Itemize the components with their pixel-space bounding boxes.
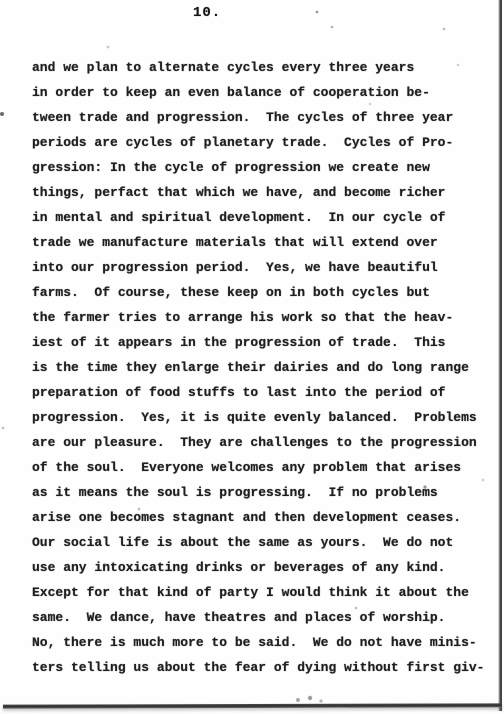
text-line: preparation of food stuffs to last into … <box>32 380 492 405</box>
scan-edge-bottom <box>3 703 502 708</box>
text-line: in order to keep an even balance of coop… <box>32 80 492 105</box>
text-line: is the time they enlarge their dairies a… <box>32 355 492 380</box>
text-line: arise one becomes stagnant and then deve… <box>32 505 492 530</box>
text-line: and we plan to alternate cycles every th… <box>32 55 492 80</box>
text-line: gression: In the cycle of progression we… <box>32 155 492 180</box>
text-line: same. We dance, have theatres and places… <box>32 605 492 630</box>
text-line: trade we manufacture materials that will… <box>32 230 492 255</box>
text-line: are our pleasure. They are challenges to… <box>32 430 492 455</box>
text-line: Our social life is about the same as you… <box>32 530 492 555</box>
text-line: Except for that kind of party I would th… <box>32 580 492 605</box>
scanned-document-page: 10. and we plan to alternate cycles ever… <box>0 0 504 714</box>
text-line: of the soul. Everyone welcomes any probl… <box>32 455 492 480</box>
scan-noise-specks <box>0 0 2 2</box>
text-line: ters telling us about the fear of dying … <box>32 655 492 680</box>
text-line: in mental and spiritual development. In … <box>32 205 492 230</box>
text-line: No, there is much more to be said. We do… <box>32 630 492 655</box>
text-line: things, perfact that which we have, and … <box>32 180 492 205</box>
text-line: periods are cycles of planetary trade. C… <box>32 130 492 155</box>
text-line: use any intoxicating drinks or beverages… <box>32 555 492 580</box>
text-line: as it means the soul is progressing. If … <box>32 480 492 505</box>
text-line: the farmer tries to arrange his work so … <box>32 305 492 330</box>
text-line: iest of it appears in the progression of… <box>32 330 492 355</box>
text-line: into our progression period. Yes, we hav… <box>32 255 492 280</box>
scan-edge-right <box>498 0 502 711</box>
text-line: progression. Yes, it is quite evenly bal… <box>32 405 492 430</box>
text-line: tween trade and progression. The cycles … <box>32 105 492 130</box>
text-line: farms. Of course, these keep on in both … <box>32 280 492 305</box>
page-number: 10. <box>193 5 221 21</box>
typewritten-text-block: and we plan to alternate cycles every th… <box>32 55 492 680</box>
